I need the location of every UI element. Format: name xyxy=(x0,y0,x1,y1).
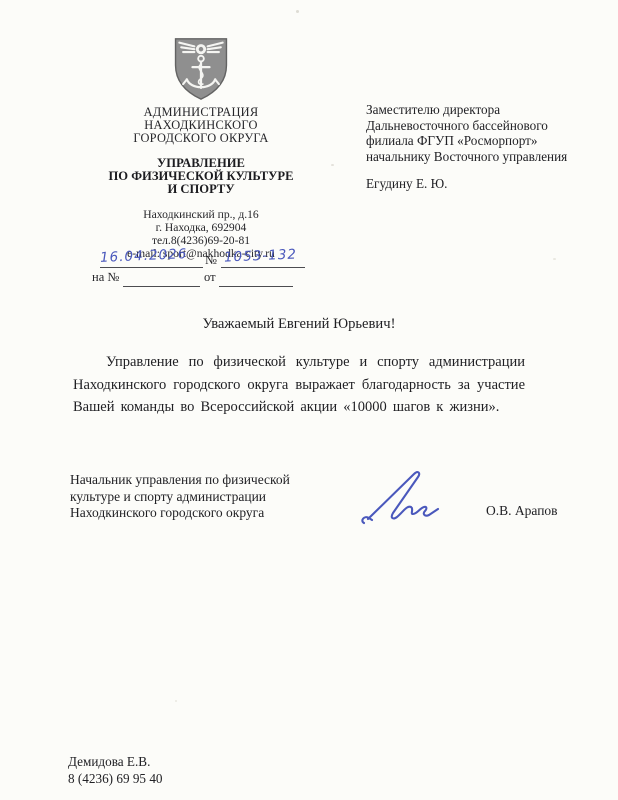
organization-name: АДМИНИСТРАЦИЯ НАХОДКИНСКОГО ГОРОДСКОГО О… xyxy=(56,106,346,145)
scan-speck xyxy=(296,10,299,13)
recipient-line: филиала ФГУП «Росморпорт» xyxy=(366,133,601,149)
scanned-letter-page: АДМИНИСТРАЦИЯ НАХОДКИНСКОГО ГОРОДСКОГО О… xyxy=(0,0,618,800)
executor-name: Демидова Е.В. xyxy=(68,754,163,771)
signer-title-line: Начальник управления по физической xyxy=(70,472,320,489)
reply-to-label: на № xyxy=(92,270,119,285)
executor-phone: 8 (4236) 69 95 40 xyxy=(68,771,163,788)
scan-speck xyxy=(331,164,334,166)
handwritten-signature-icon xyxy=(354,461,462,533)
department-name: УПРАВЛЕНИЕ ПО ФИЗИЧЕСКОЙ КУЛЬТУРЕ И СПОР… xyxy=(56,157,346,196)
recipient-line: Заместителю директора xyxy=(366,102,601,118)
scan-speck xyxy=(553,258,556,260)
signer-title-line: культуре и спорту администрации xyxy=(70,489,320,506)
reply-from-label: от xyxy=(204,270,216,285)
recipient-line: Дальневосточного бассейнового xyxy=(366,118,601,134)
recipient-name: Егудину Е. Ю. xyxy=(366,176,601,192)
signer-title-line: Находкинского городского округа xyxy=(70,505,320,522)
reply-date-underline xyxy=(219,270,293,287)
address-line: Находкинский пр., д.16 xyxy=(56,208,346,221)
recipient-block: Заместителю директора Дальневосточного б… xyxy=(366,102,601,192)
signer-title: Начальник управления по физической культ… xyxy=(70,472,320,522)
letterhead: АДМИНИСТРАЦИЯ НАХОДКИНСКОГО ГОРОДСКОГО О… xyxy=(56,36,346,260)
executor-block: Демидова Е.В. 8 (4236) 69 95 40 xyxy=(68,754,163,787)
signer-name: О.В. Арапов xyxy=(486,503,558,519)
address-line: г. Находка, 692904 xyxy=(56,221,346,234)
salutation: Уважаемый Евгений Юрьевич! xyxy=(73,316,525,333)
nakhodka-coat-of-arms-icon xyxy=(169,36,233,102)
number-sign: № xyxy=(205,253,217,268)
reply-number-underline xyxy=(123,270,200,287)
recipient-line: начальнику Восточного управления xyxy=(366,149,601,165)
phone-line: тел.8(4236)69-20-81 xyxy=(56,234,346,247)
dept-line: И СПОРТУ xyxy=(56,183,346,196)
scan-speck xyxy=(175,700,177,702)
org-line: ГОРОДСКОГО ОКРУГА xyxy=(56,132,346,145)
handwritten-number: 1053-132 xyxy=(224,246,298,265)
body-paragraph: Управление по физической культуре и спор… xyxy=(73,351,525,419)
